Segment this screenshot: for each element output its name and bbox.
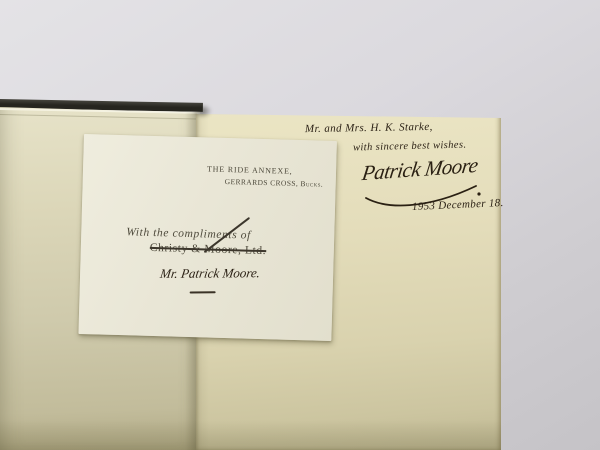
compliments-card: THE RIDE ANNEXE, GERRARDS CROSS, Bucks. …	[78, 134, 336, 341]
photo-of-open-book: Mr. and Mrs. H. K. Starke, with sincere …	[0, 0, 600, 450]
card-address-county: Bucks.	[300, 179, 323, 189]
card-address-town: GERRARDS CROSS,	[225, 177, 301, 188]
card-address-line2: GERRARDS CROSS, Bucks.	[225, 177, 324, 189]
board-corner-shadow	[192, 104, 212, 118]
inscription-recipient: Mr. and Mrs. H. K. Starke,	[305, 121, 433, 135]
card-underline-dash	[190, 291, 216, 293]
card-address-line1: THE RIDE ANNEXE,	[207, 164, 293, 175]
card-handwritten-name: Mr. Patrick Moore.	[159, 265, 261, 282]
